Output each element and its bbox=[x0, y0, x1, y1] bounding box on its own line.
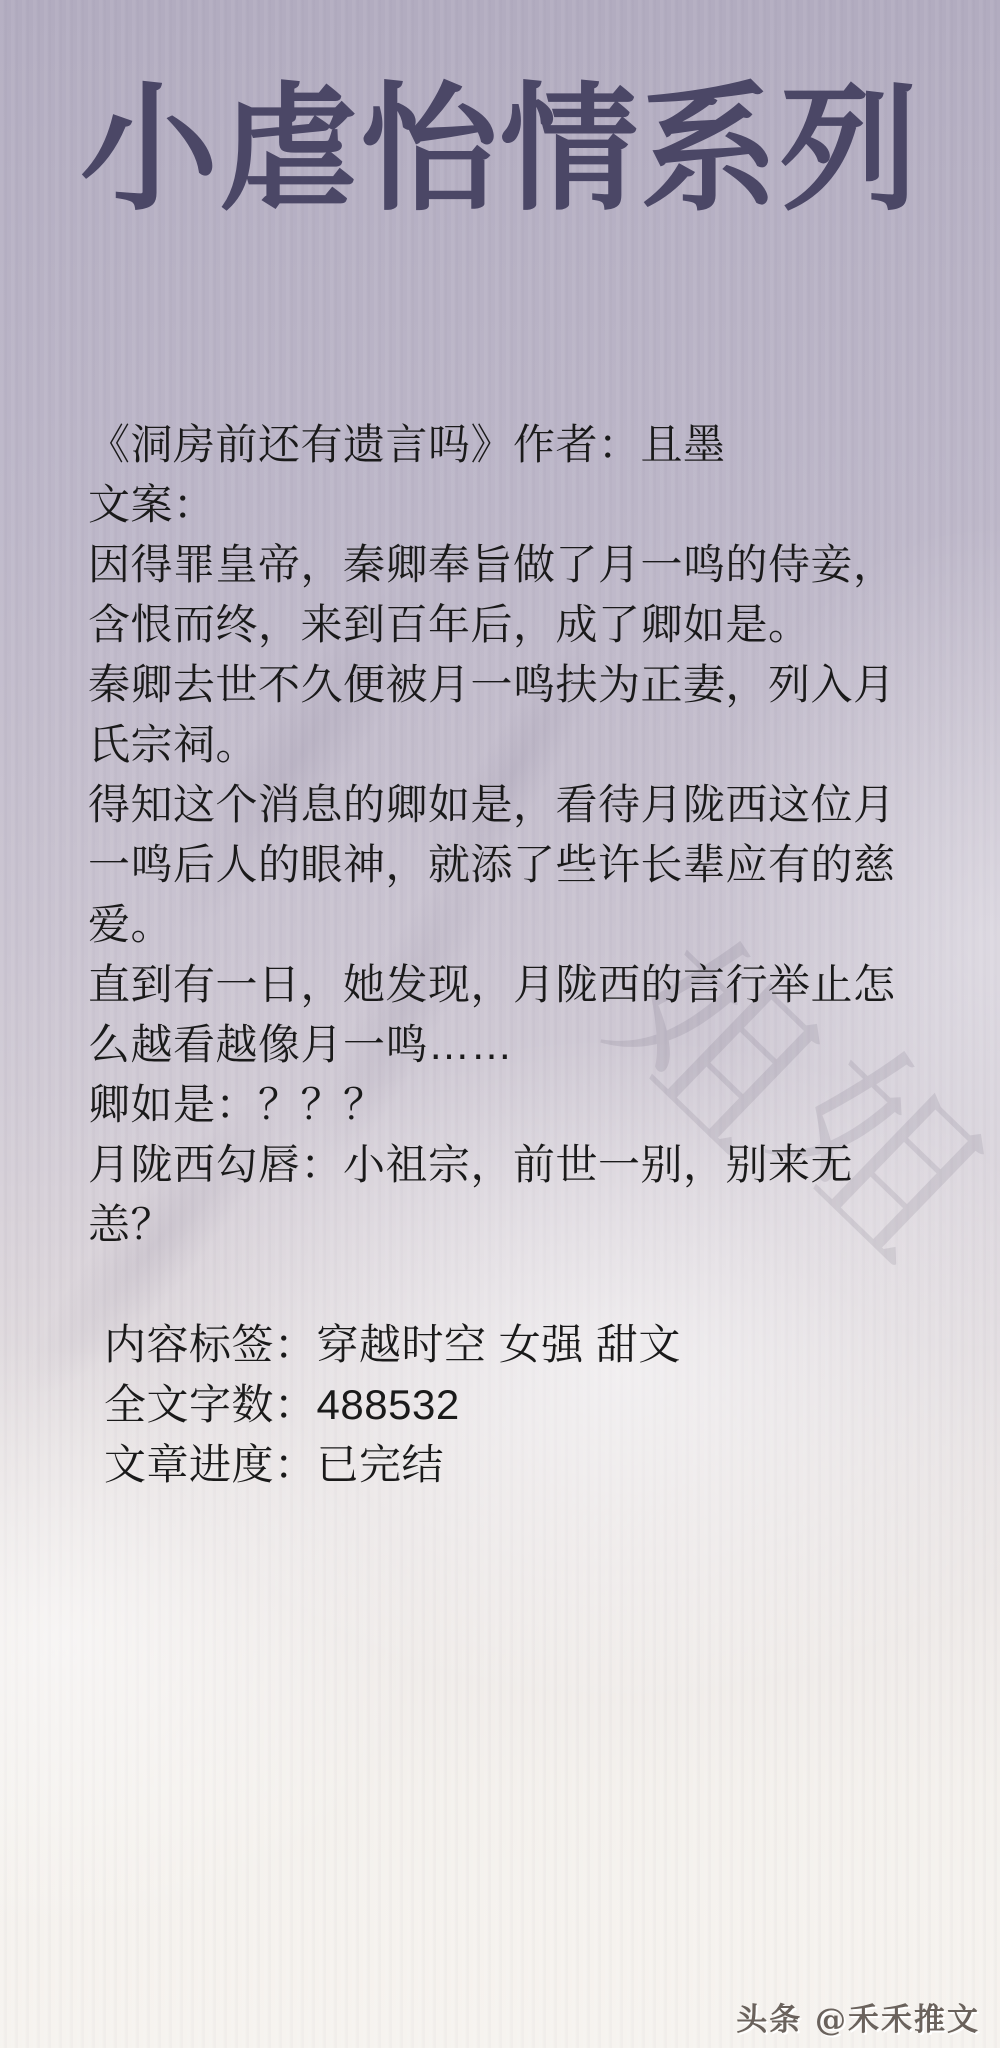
colon-separator: ： bbox=[274, 1381, 317, 1428]
meta-status-value: 已完结 bbox=[317, 1441, 445, 1488]
colon-separator: ： bbox=[598, 421, 641, 468]
meta-tags: 内容标签：穿越时空 女强 甜文 bbox=[104, 1315, 968, 1375]
synopsis-line: 直到有一日，她发现，月陇西的言行举止怎 bbox=[88, 955, 968, 1015]
synopsis-line: 因得罪皇帝，秦卿奉旨做了月一鸣的侍妾， bbox=[88, 535, 968, 595]
meta-status-label: 文章进度 bbox=[104, 1441, 274, 1488]
author-label: 作者 bbox=[513, 421, 598, 468]
book-title: 《洞房前还有遗言吗》 bbox=[88, 421, 513, 468]
synopsis-line: 得知这个消息的卿如是，看待月陇西这位月 bbox=[88, 775, 968, 835]
synopsis-line: 秦卿去世不久便被月一鸣扶为正妻，列入月 bbox=[88, 655, 968, 715]
meta-word-count-label: 全文字数 bbox=[104, 1381, 274, 1428]
series-title: 小虐怡情系列 bbox=[80, 80, 920, 218]
synopsis-line: 么越看越像月一鸣…… bbox=[88, 1015, 968, 1075]
novel-recommendation-poster: 姐 姐 小虐怡情系列 《洞房前还有遗言吗》作者：且墨 文案： 因得罪皇帝，秦卿奉… bbox=[0, 0, 1000, 2048]
author-name: 且墨 bbox=[641, 421, 726, 468]
meta-status: 文章进度：已完结 bbox=[104, 1435, 968, 1495]
synopsis-line: 氏宗祠。 bbox=[88, 715, 968, 775]
meta-tags-label: 内容标签 bbox=[104, 1321, 274, 1368]
meta-tags-value: 穿越时空 女强 甜文 bbox=[317, 1321, 681, 1368]
synopsis-label: 文案： bbox=[88, 475, 968, 535]
colon-separator: ： bbox=[274, 1321, 317, 1368]
watermark-credit: 头条 @禾禾推文 bbox=[736, 1994, 980, 2039]
synopsis-line: 卿如是：？？？ bbox=[88, 1075, 968, 1135]
meta-block: 内容标签：穿越时空 女强 甜文 全文字数：488532 文章进度：已完结 bbox=[88, 1315, 968, 1495]
colon-separator: ： bbox=[274, 1441, 317, 1488]
synopsis-line: 含恨而终，来到百年后，成了卿如是。 bbox=[88, 595, 968, 655]
book-header: 《洞房前还有遗言吗》作者：且墨 bbox=[88, 415, 968, 475]
synopsis-line: 月陇西勾唇：小祖宗，前世一别，别来无 bbox=[88, 1135, 968, 1195]
book-info: 《洞房前还有遗言吗》作者：且墨 文案： 因得罪皇帝，秦卿奉旨做了月一鸣的侍妾， … bbox=[88, 415, 968, 1495]
synopsis-line: 爱。 bbox=[88, 895, 968, 955]
synopsis-line: 一鸣后人的眼神，就添了些许长辈应有的慈 bbox=[88, 835, 968, 895]
meta-word-count-value: 488532 bbox=[317, 1381, 460, 1428]
meta-word-count: 全文字数：488532 bbox=[104, 1375, 968, 1435]
synopsis-line: 恙？ bbox=[88, 1195, 968, 1255]
